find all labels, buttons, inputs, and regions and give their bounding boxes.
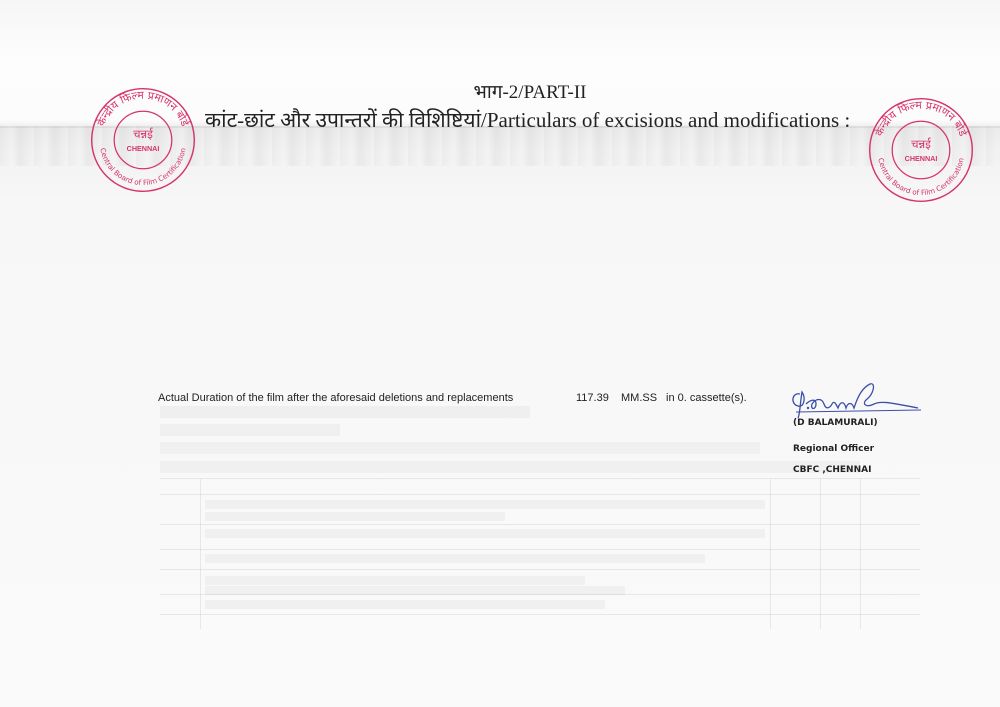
signature-icon	[786, 374, 926, 422]
document-page: भाग-2/PART-II कांट-छांट और उपान्तरों की …	[0, 0, 1000, 707]
cassette-count: in 0. cassette(s).	[666, 392, 747, 404]
duration-unit: MM.SS	[621, 392, 657, 404]
reverse-side-bleed-through	[160, 404, 920, 634]
duration-value: 117.39	[576, 392, 609, 404]
svg-text:केन्द्रीय फिल्म प्रमाणन बोर्ड: केन्द्रीय फिल्म प्रमाणन बोर्ड	[872, 98, 970, 138]
svg-text:चन्नई: चन्नई	[133, 127, 154, 141]
duration-label: Actual Duration of the film after the af…	[158, 392, 513, 404]
svg-text:CHENNAI: CHENNAI	[905, 154, 938, 163]
signatory-name: (D BALAMURALI)	[793, 418, 878, 428]
svg-text:चन्नई: चन्नई	[911, 137, 932, 151]
signatory-office: CBFC ,CHENNAI	[793, 465, 871, 475]
signatory-title: Regional Officer	[793, 444, 874, 454]
cbfc-stamp-icon: केन्द्रीय फिल्म प्रमाणन बोर्ड Central Bo…	[867, 96, 975, 204]
svg-text:केन्द्रीय फिल्म प्रमाणन बोर्ड: केन्द्रीय फिल्म प्रमाणन बोर्ड	[94, 88, 192, 128]
section-title: कांट-छांट और उपान्तरों की विशिष्टियां/Pa…	[205, 106, 850, 134]
svg-text:CHENNAI: CHENNAI	[127, 144, 160, 153]
cbfc-stamp-icon: केन्द्रीय फिल्म प्रमाणन बोर्ड Central Bo…	[89, 86, 197, 194]
